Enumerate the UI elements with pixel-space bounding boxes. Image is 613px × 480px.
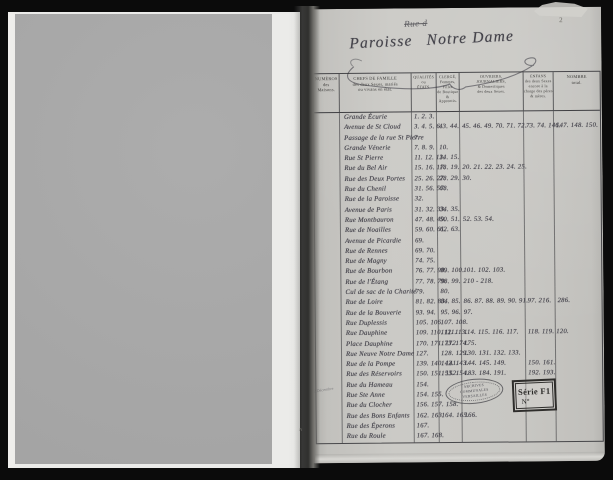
- row-clerge-cell: 84. 85.: [439, 297, 462, 307]
- row-ouvriers-cell: [463, 420, 527, 431]
- row-street-name: Avenue de Picardie: [341, 236, 413, 247]
- row-nombre-cell: [554, 131, 600, 142]
- row-clerge-cell: 68.: [438, 184, 461, 194]
- row-qualites-cell: 15. 16. 17.: [412, 164, 437, 175]
- row-qualites-cell: 139. 140. 141.: [414, 359, 439, 370]
- row-ouvriers-cell: 97.: [462, 307, 526, 318]
- row-ouvriers-cell: [460, 132, 524, 143]
- row-ouvriers-cell: [461, 183, 525, 194]
- row-enfans-cell: [526, 348, 556, 359]
- row-numero-cell: [316, 370, 342, 381]
- title-word-notre-dame: Notre Dame: [426, 28, 514, 49]
- row-clerge-cell: [437, 133, 460, 143]
- stamp-text: ARCHIVES COMMUNALES VERSAILLES: [459, 382, 489, 400]
- header-chefs-de-famille: CHEFS DE FAMILLE des deux Sexes, mariés …: [340, 73, 412, 112]
- table-row: Rue du Roule167. 168.: [317, 430, 603, 443]
- crossed-out-heading: Rue d: [404, 18, 428, 29]
- row-clerge-cell: 112. 113.: [439, 328, 462, 338]
- row-qualites-cell: 154. 155.: [414, 390, 439, 401]
- row-enfans-cell: [524, 132, 554, 143]
- row-street-name: Rue du Hameau: [342, 380, 414, 391]
- row-enfans-cell: 73. 74. 146.: [524, 121, 554, 132]
- row-qualites-cell: 1. 2. 3.: [412, 112, 437, 123]
- row-street-name: Passage de la rue St Pierre: [340, 133, 412, 144]
- row-qualites-cell: 69.: [413, 236, 438, 247]
- row-clerge-cell: 43. 44.: [437, 122, 460, 132]
- row-nombre-cell: [556, 337, 602, 348]
- row-nombre-cell: [555, 286, 601, 297]
- row-street-name: Place Dauphine: [342, 339, 414, 350]
- row-enfans-cell: [527, 430, 557, 441]
- row-enfans-cell: [524, 142, 554, 153]
- row-enfans-cell: [525, 235, 555, 246]
- header-ouvriers: OUVRIERS, JOURNALIERS, & Domestiques des…: [460, 72, 524, 111]
- row-clerge-cell: [440, 431, 463, 441]
- row-qualites-cell: 25. 26. 27.: [412, 174, 437, 185]
- torn-paper-edge: [534, 2, 588, 17]
- row-clerge-cell: 10.: [437, 143, 460, 153]
- row-nombre-cell: [556, 348, 602, 359]
- header-enfans: ENFANS des deux Sexes encore à la charge…: [524, 72, 554, 110]
- row-street-name: Rue des Deux Portes: [340, 174, 412, 185]
- row-nombre-cell: [556, 399, 602, 410]
- row-clerge-cell: 34. 35.: [438, 205, 461, 215]
- row-enfans-cell: [525, 286, 555, 297]
- row-nombre-cell: [555, 224, 601, 235]
- row-enfans-cell: [525, 214, 555, 225]
- row-nombre-cell: [555, 193, 601, 204]
- row-enfans-cell: [525, 266, 555, 277]
- scanned-register-photo: { "page": { "folio_number": "2", "title"…: [0, 0, 613, 480]
- row-ouvriers-cell: [460, 111, 524, 122]
- row-enfans-cell: [526, 307, 556, 318]
- row-qualites-cell: 76. 77. 98.: [413, 267, 438, 278]
- gutter-margin-mark: N: [299, 428, 302, 433]
- left-blank-page: [8, 12, 300, 468]
- row-clerge-cell: 50. 51.: [438, 215, 461, 225]
- row-enfans-cell: [525, 255, 555, 266]
- row-qualites-cell: 59. 60. 61.: [413, 225, 438, 236]
- row-ouvriers-cell: [461, 235, 525, 246]
- row-enfans-cell: [524, 152, 554, 163]
- row-ouvriers-cell: [461, 225, 525, 236]
- row-qualites-cell: 79.: [413, 287, 438, 298]
- header-qualites-etats: QUALITÉS ou ÉTATS.: [412, 73, 437, 111]
- row-qualites-cell: 3. 4. 5. 6.: [412, 122, 437, 133]
- row-clerge-cell: [438, 246, 461, 256]
- row-enfans-cell: 150. 161.: [526, 358, 556, 369]
- row-street-name: Rue des Bons Enfants: [343, 411, 415, 422]
- row-qualites-cell: 7.: [412, 133, 437, 144]
- row-ouvriers-cell: [463, 431, 527, 442]
- row-ouvriers-cell: 45. 46. 49. 70. 71. 72.: [460, 122, 524, 133]
- row-clerge-cell: 28. 29.: [437, 174, 460, 184]
- title-gap: [413, 45, 427, 46]
- row-clerge-cell: [437, 112, 460, 122]
- row-enfans-cell: [525, 224, 555, 235]
- row-nombre-cell: [556, 358, 602, 369]
- row-street-name: Rue de Magny: [341, 257, 413, 268]
- row-nombre-cell: [555, 183, 601, 194]
- row-ouvriers-cell: 30.: [460, 173, 524, 184]
- row-numero-cell: [316, 360, 342, 371]
- row-qualites-cell: 109. 110. 111.: [414, 328, 439, 339]
- book-gutter-shadow: [294, 6, 320, 468]
- row-qualites-cell: 7. 8. 9.: [412, 143, 437, 154]
- header-nombre-total: NOMBRE total.: [554, 72, 600, 110]
- row-qualites-cell: 11. 12. 13.: [412, 153, 437, 164]
- row-nombre-cell: [554, 142, 600, 153]
- row-street-name: Rue du Bel Air: [340, 164, 412, 175]
- row-qualites-cell: 167.: [415, 421, 440, 432]
- row-street-name: Rue de la Paroisse: [341, 195, 413, 206]
- row-nombre-cell: [555, 203, 601, 214]
- row-nombre-cell: [556, 378, 602, 389]
- row-enfans-cell: [525, 194, 555, 205]
- row-clerge-cell: 18. 19.: [437, 163, 460, 173]
- row-ouvriers-cell: 52. 53. 54.: [461, 214, 525, 225]
- row-nombre-cell: 147. 148. 150.: [554, 121, 600, 132]
- row-clerge-cell: 98. 99.: [438, 277, 461, 287]
- row-enfans-cell: [524, 173, 554, 184]
- row-nombre-cell: [557, 430, 603, 441]
- row-clerge-cell: [438, 256, 461, 266]
- row-street-name: Avenue de Paris: [341, 205, 413, 216]
- row-enfans-cell: [524, 163, 554, 174]
- row-qualites-cell: 32.: [413, 195, 438, 206]
- row-ouvriers-cell: 175.: [462, 338, 526, 349]
- row-nombre-cell: [557, 409, 603, 420]
- series-box-inner: Série F1 N°: [515, 382, 554, 410]
- row-street-name: Rue de Bourbon: [341, 267, 413, 278]
- row-qualites-cell: 77. 78. 79.: [413, 277, 438, 288]
- row-nombre-cell: 286.: [556, 296, 602, 307]
- row-enfans-cell: [525, 276, 555, 287]
- row-street-name: Rue de Rennes: [341, 246, 413, 257]
- series-label: Série F1: [518, 385, 551, 396]
- row-clerge-cell: [440, 421, 463, 431]
- row-street-name: Rue de l'Étang: [341, 277, 413, 288]
- row-qualites-cell: 150. 151. 152.: [414, 370, 439, 381]
- row-ouvriers-cell: [462, 317, 526, 328]
- row-ouvriers-cell: [460, 142, 524, 153]
- row-nombre-cell: [555, 255, 601, 266]
- row-qualites-cell: 93. 94.: [414, 308, 439, 319]
- row-numero-cell: [317, 422, 343, 433]
- row-clerge-cell: 107. 108.: [439, 318, 462, 328]
- row-clerge-cell: [438, 236, 461, 246]
- row-nombre-cell: [554, 111, 600, 122]
- row-nombre-cell: [556, 317, 602, 328]
- row-clerge-cell: 62. 63.: [438, 225, 461, 235]
- row-clerge-cell: 80.: [438, 287, 461, 297]
- row-qualites-cell: 31. 32. 33.: [413, 205, 438, 216]
- row-qualites-cell: 167. 168.: [415, 431, 440, 442]
- row-enfans-cell: [524, 111, 554, 122]
- row-enfans-cell: [527, 420, 557, 431]
- series-classification-box: Série F1 N°: [512, 378, 557, 412]
- row-enfans-cell: 97. 216.: [526, 296, 556, 307]
- row-nombre-cell: [555, 275, 601, 286]
- row-nombre-cell: [554, 173, 600, 184]
- row-street-name: Rue Dauphine: [342, 329, 414, 340]
- row-street-name: Cul de sac de la Charité: [341, 287, 413, 298]
- row-nombre-cell: [556, 327, 602, 338]
- row-qualites-cell: 81. 82. 83.: [414, 298, 439, 309]
- row-ouvriers-cell: 130. 131. 132. 133.: [462, 348, 526, 359]
- row-qualites-cell: 69. 70.: [413, 246, 438, 257]
- row-street-name: Rue Neuve Notre Dame: [342, 349, 414, 360]
- row-nombre-cell: [555, 234, 601, 245]
- row-street-name: Rue Ste Anne: [342, 390, 414, 401]
- row-qualites-cell: 47. 48. 49.: [413, 215, 438, 226]
- row-numero-cell: [316, 401, 342, 412]
- title-word-paroisse: Paroisse: [349, 32, 413, 52]
- row-enfans-cell: [526, 317, 556, 328]
- row-ouvriers-cell: [461, 256, 525, 267]
- row-qualites-cell: 127.: [414, 349, 439, 360]
- row-street-name: Grande Vénerie: [340, 143, 412, 154]
- row-nombre-cell: [555, 245, 601, 256]
- page-title: ParoisseNotre Dame: [349, 25, 580, 54]
- row-nombre-cell: [556, 306, 602, 317]
- row-nombre-cell: [554, 162, 600, 173]
- row-street-name: Rue Duplessis: [342, 318, 414, 329]
- row-street-name: Grande Écurie: [340, 112, 412, 123]
- row-street-name: Rue du Clocher: [342, 401, 414, 412]
- row-qualites-cell: 156. 157. 158.: [414, 400, 439, 411]
- row-ouvriers-cell: [461, 204, 525, 215]
- row-street-name: Rue de Loire: [342, 298, 414, 309]
- row-clerge-cell: 95. 96.: [439, 308, 462, 318]
- row-qualites-cell: 154.: [414, 380, 439, 391]
- row-clerge-cell: 14. 15.: [437, 153, 460, 163]
- row-ouvriers-cell: 20. 21. 22. 23. 24. 25.: [460, 163, 524, 174]
- row-nombre-cell: [555, 214, 601, 225]
- row-nombre-cell: [555, 265, 601, 276]
- row-clerge-cell: 173. 174.: [439, 338, 462, 348]
- row-nombre-cell: [554, 152, 600, 163]
- row-street-name: Rue du Chenil: [341, 184, 413, 195]
- title-block: Rue d ParoisseNotre Dame: [309, 13, 602, 76]
- row-street-name: Rue des Réservoirs: [342, 370, 414, 381]
- gray-endpaper-panel: [15, 14, 272, 464]
- row-enfans-cell: [525, 183, 555, 194]
- row-qualites-cell: 105. 106.: [414, 318, 439, 329]
- row-qualites-cell: 162. 163.: [415, 411, 440, 422]
- register-page: 2 Rue d ParoisseNotre Dame NUMÉROS des M…: [309, 7, 605, 464]
- row-enfans-cell: 118. 119. 120.: [526, 327, 556, 338]
- row-ouvriers-cell: [460, 153, 524, 164]
- row-street-name: Avenue de St Cloud: [340, 123, 412, 134]
- row-street-name: Rue St Pierre: [340, 154, 412, 165]
- row-ouvriers-cell: [461, 245, 525, 256]
- row-nombre-cell: [557, 420, 603, 431]
- row-numero-cell: [317, 412, 343, 423]
- row-ouvriers-cell: 101. 102. 103.: [461, 266, 525, 277]
- row-ouvriers-cell: [461, 286, 525, 297]
- row-ouvriers-cell: 144. 145. 149.: [462, 359, 526, 370]
- row-nombre-cell: [556, 389, 602, 400]
- row-street-name: Rue de Noailles: [341, 226, 413, 237]
- row-street-name: Rue du Roule: [343, 432, 415, 443]
- row-street-name: Rue des Éperons: [343, 421, 415, 432]
- row-qualites-cell: 31. 56. 57.: [413, 184, 438, 195]
- series-number-label: N°: [516, 397, 529, 406]
- row-enfans-cell: [525, 204, 555, 215]
- table-header-row: NUMÉROS des Maisons. CHEFS DE FAMILLE de…: [314, 72, 600, 113]
- row-street-name: Rue Montbauron: [341, 215, 413, 226]
- row-nombre-cell: [556, 368, 602, 379]
- row-ouvriers-cell: 86. 87. 88. 89. 90. 91.: [462, 297, 526, 308]
- row-ouvriers-cell: 114. 115. 116. 117.: [462, 328, 526, 339]
- row-clerge-cell: [438, 194, 461, 204]
- row-numero-cell: [317, 432, 343, 443]
- row-street-name: Rue de la Bouverie: [342, 308, 414, 319]
- row-clerge-cell: 99. 100.: [438, 266, 461, 276]
- row-enfans-cell: [526, 338, 556, 349]
- row-clerge-cell: 142. 143.: [439, 359, 462, 369]
- row-clerge-cell: 153. 154.: [439, 369, 462, 379]
- row-qualites-cell: 74. 75.: [413, 256, 438, 267]
- row-ouvriers-cell: [461, 194, 525, 205]
- row-clerge-cell: 164. 165.: [440, 411, 463, 421]
- row-ouvriers-cell: 210 - 218.: [461, 276, 525, 287]
- row-street-name: Rue de la Pompe: [342, 360, 414, 371]
- row-enfans-cell: [525, 245, 555, 256]
- row-qualites-cell: 170. 171. 172.: [414, 339, 439, 350]
- row-clerge-cell: 128. 129.: [439, 349, 462, 359]
- header-clerge: CLERGÉ, Femmes, Filles de Boutique & App…: [437, 73, 460, 111]
